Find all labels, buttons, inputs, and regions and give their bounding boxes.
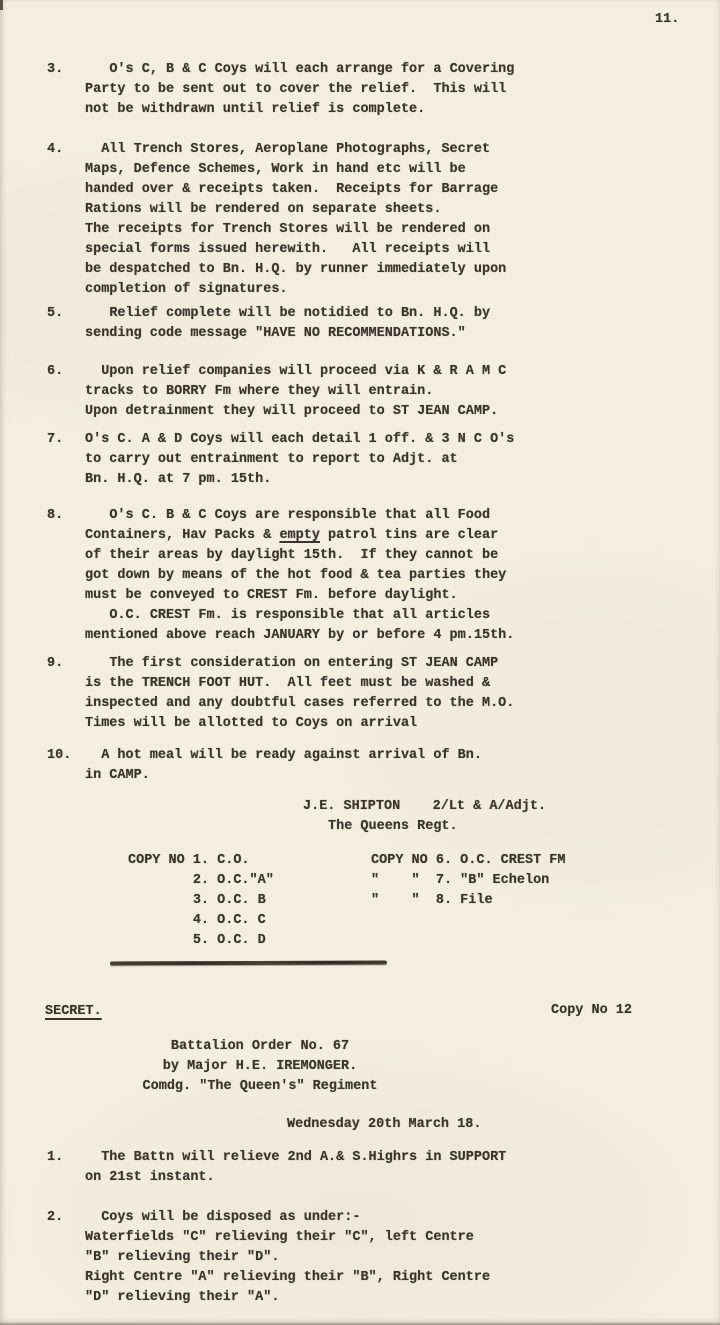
- item-number: 3.: [47, 60, 63, 80]
- order-item-2: 2. Coys will be disposed as under:- Wate…: [0, 1208, 720, 1308]
- item-text-segment: patrol tins are clear of their areas by …: [85, 528, 514, 643]
- item-text: Coys will be disposed as under:- Waterfi…: [85, 1208, 565, 1308]
- item-text: O's C. A & D Coys will each detail 1 off…: [85, 430, 565, 490]
- item-text: Upon relief companies will proceed via K…: [85, 362, 565, 422]
- order-item-1: 1. The Battn will relieve 2nd A.& S.High…: [0, 1148, 720, 1188]
- item-text: The Battn will relieve 2nd A.& S.Highrs …: [85, 1148, 565, 1188]
- item-text: O's C, B & C Coys will each arrange for …: [85, 60, 565, 120]
- copy-number: Copy No 12: [551, 1001, 632, 1021]
- item-number: 1.: [47, 1148, 63, 1168]
- signature-block: J.E. SHIPTON 2/Lt & A/Adjt. The Queens R…: [303, 797, 546, 837]
- classification-text: SECRET.: [45, 1004, 102, 1019]
- classification-label: SECRET.: [45, 1001, 102, 1022]
- heading-line-3: Comdg. "The Queen's" Regiment: [125, 1077, 395, 1097]
- item-number: 5.: [47, 304, 63, 324]
- scan-edge-mark: [0, 0, 3, 10]
- underlined-word: empty: [279, 528, 320, 543]
- item-text: All Trench Stores, Aeroplane Photographs…: [85, 140, 565, 300]
- heading-line-2: by Major H.E. IREMONGER.: [125, 1057, 395, 1077]
- item-number: 6.: [47, 362, 63, 382]
- item-number: 9.: [47, 654, 63, 674]
- order-item-4: 4. All Trench Stores, Aeroplane Photogra…: [0, 140, 720, 300]
- item-number: 2.: [47, 1208, 63, 1228]
- order-date: Wednesday 20th March 18.: [287, 1115, 481, 1135]
- item-text: The first consideration on entering ST J…: [85, 654, 565, 734]
- signature-regiment: The Queens Regt.: [303, 817, 546, 837]
- page-number: 11.: [655, 10, 679, 30]
- order-item-10: 10. A hot meal will be ready against arr…: [0, 746, 720, 786]
- item-number: 10.: [47, 746, 71, 766]
- item-number: 8.: [47, 506, 63, 526]
- item-number: 4.: [47, 140, 63, 160]
- order-item-7: 7. O's C. A & D Coys will each detail 1 …: [0, 430, 720, 490]
- order-item-5: 5. Relief complete will be notidied to B…: [0, 304, 720, 344]
- order-item-6: 6. Upon relief companies will proceed vi…: [0, 362, 720, 422]
- heading-line-1: Battalion Order No. 67: [125, 1037, 395, 1057]
- section-divider-line: [110, 961, 387, 966]
- document-scan-page: 11. 3. O's C, B & C Coys will each arran…: [0, 0, 720, 1325]
- order-item-3: 3. O's C, B & C Coys will each arrange f…: [0, 60, 720, 120]
- order-item-8: 8. O's C. B & C Coys are responsible tha…: [0, 506, 720, 646]
- order-item-9: 9. The first consideration on entering S…: [0, 654, 720, 734]
- item-text: A hot meal will be ready against arrival…: [85, 746, 565, 786]
- item-number: 7.: [47, 430, 63, 450]
- item-text: Relief complete will be notidied to Bn. …: [85, 304, 565, 344]
- signature-name-rank: J.E. SHIPTON 2/Lt & A/Adjt.: [303, 797, 546, 817]
- item-text: O's C. B & C Coys are responsible that a…: [85, 506, 565, 646]
- copy-distribution-list: COPY NO 1. C.O. COPY NO 6. O.C. CREST FM…: [128, 851, 565, 951]
- battalion-order-heading: Battalion Order No. 67 by Major H.E. IRE…: [125, 1037, 395, 1097]
